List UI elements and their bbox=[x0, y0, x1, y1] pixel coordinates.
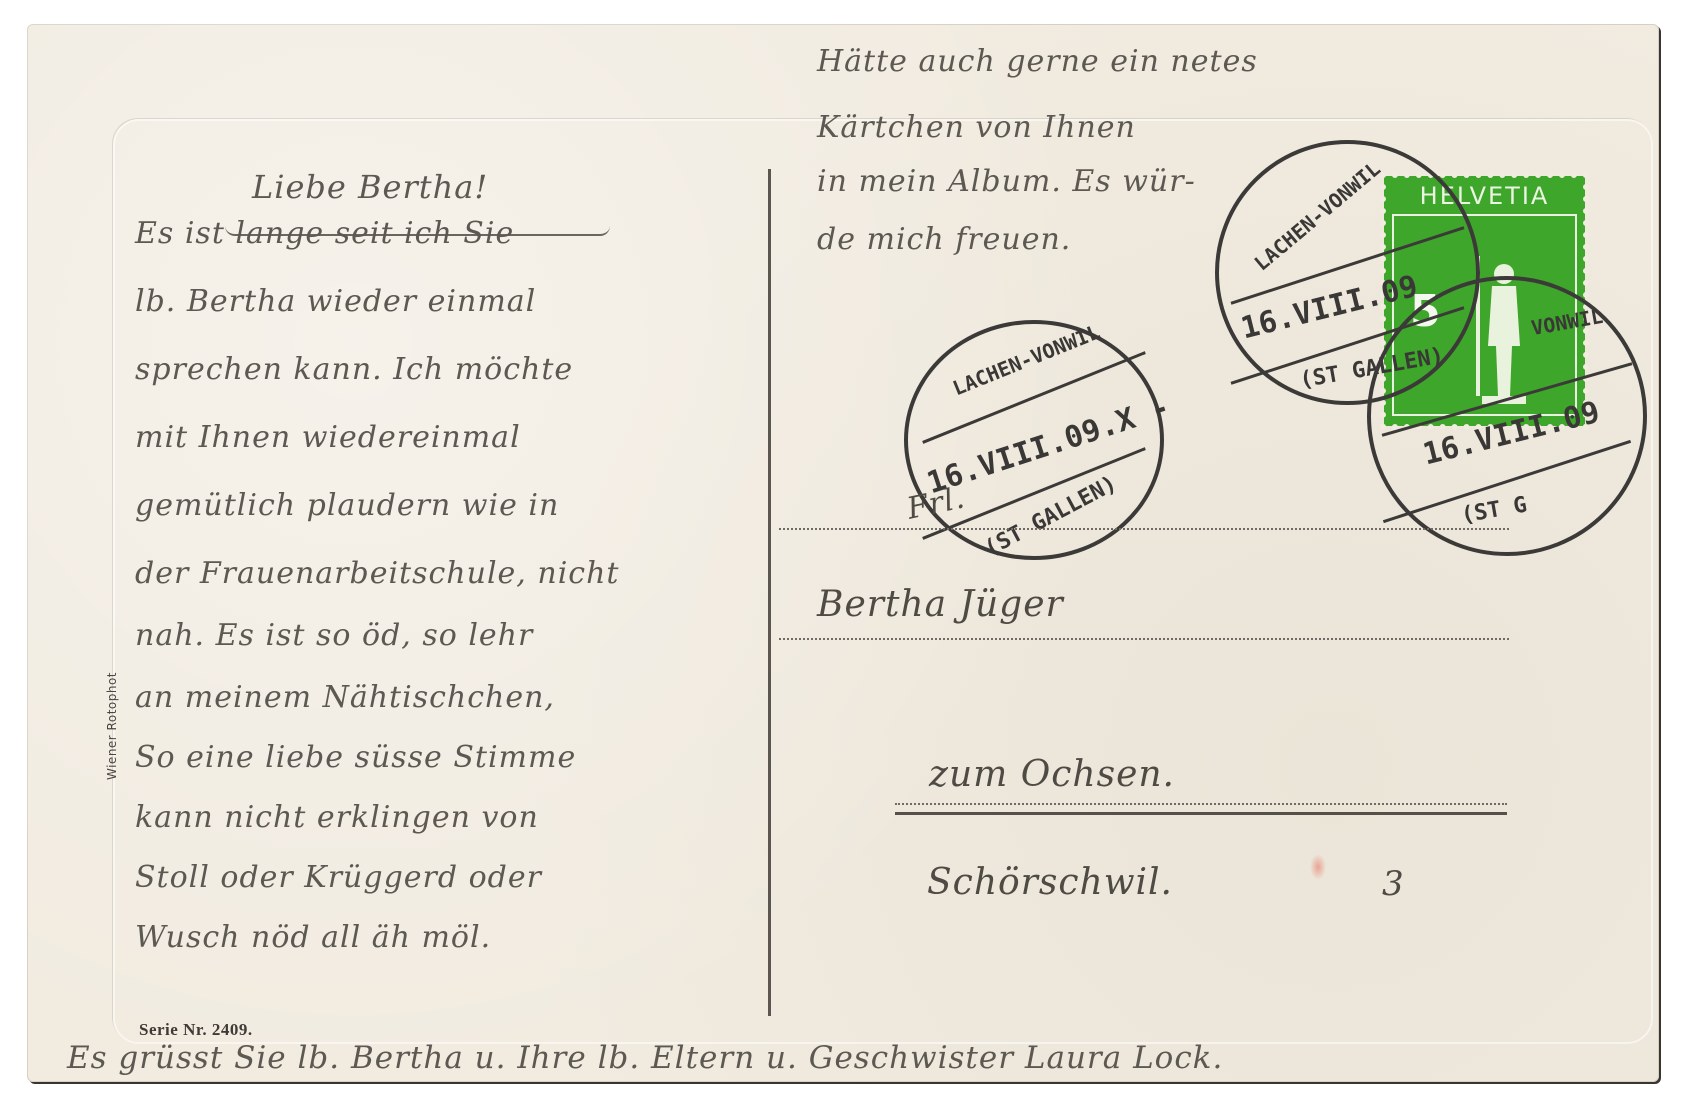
address-mark: 3 bbox=[1382, 864, 1405, 904]
address-line-2 bbox=[779, 638, 1509, 640]
message-line: de mich freuen. bbox=[817, 222, 1071, 257]
red-stain bbox=[1310, 854, 1326, 880]
message-line: in mein Album. Es wür- bbox=[817, 164, 1196, 199]
vertical-divider bbox=[768, 169, 771, 1016]
message-line: an meinem Nähtischchen, bbox=[135, 680, 555, 715]
message-line: sprechen kann. Ich möchte bbox=[135, 352, 573, 387]
postcard-back: Wiener Rotophot Liebe Bertha! Es ist lan… bbox=[27, 24, 1659, 1082]
message-line: Wusch nöd all äh möl. bbox=[135, 920, 491, 955]
series-number: Serie Nr. 2409. bbox=[139, 1020, 253, 1040]
message-line: So eine liebe süsse Stimme bbox=[135, 740, 576, 775]
publisher-imprint: Wiener Rotophot bbox=[105, 672, 119, 780]
address-line-3 bbox=[895, 803, 1507, 805]
message-line: mit Ihnen wiedereinmal bbox=[135, 420, 521, 455]
address-town: Schörschwil. bbox=[927, 862, 1173, 903]
recipient-name: Bertha Jüger bbox=[817, 584, 1064, 625]
address-line-1 bbox=[779, 528, 1509, 530]
message-line: Stoll oder Krüggerd oder bbox=[135, 860, 542, 895]
message-line: lb. Bertha wieder einmal bbox=[135, 284, 536, 319]
message-line: der Frauenarbeitschule, nicht bbox=[135, 556, 619, 591]
message-line: Hätte auch gerne ein netes bbox=[817, 44, 1258, 79]
greeting: Liebe Bertha! bbox=[252, 168, 488, 206]
address-line-3-solid bbox=[895, 812, 1507, 815]
message-line: gemütlich plaudern wie in bbox=[135, 488, 559, 523]
message-line: nah. Es ist so öd, so lehr bbox=[135, 618, 533, 653]
postmark-vonwil: VONWIL 16.VIII.09 (ST G bbox=[1367, 276, 1647, 556]
postmark-lachen-vonwil: LACHEN-VONWIL 16.VIII.09.X - (ST GALLEN) bbox=[904, 320, 1164, 560]
message-line: Es ist lange seit ich Sie bbox=[135, 216, 514, 251]
message-line: Kärtchen von Ihnen bbox=[817, 110, 1136, 145]
closing-line: Es grüsst Sie lb. Bertha u. Ihre lb. Elt… bbox=[67, 1040, 1223, 1076]
message-line: kann nicht erklingen von bbox=[135, 800, 539, 835]
address-street: zum Ochsen. bbox=[929, 754, 1175, 795]
